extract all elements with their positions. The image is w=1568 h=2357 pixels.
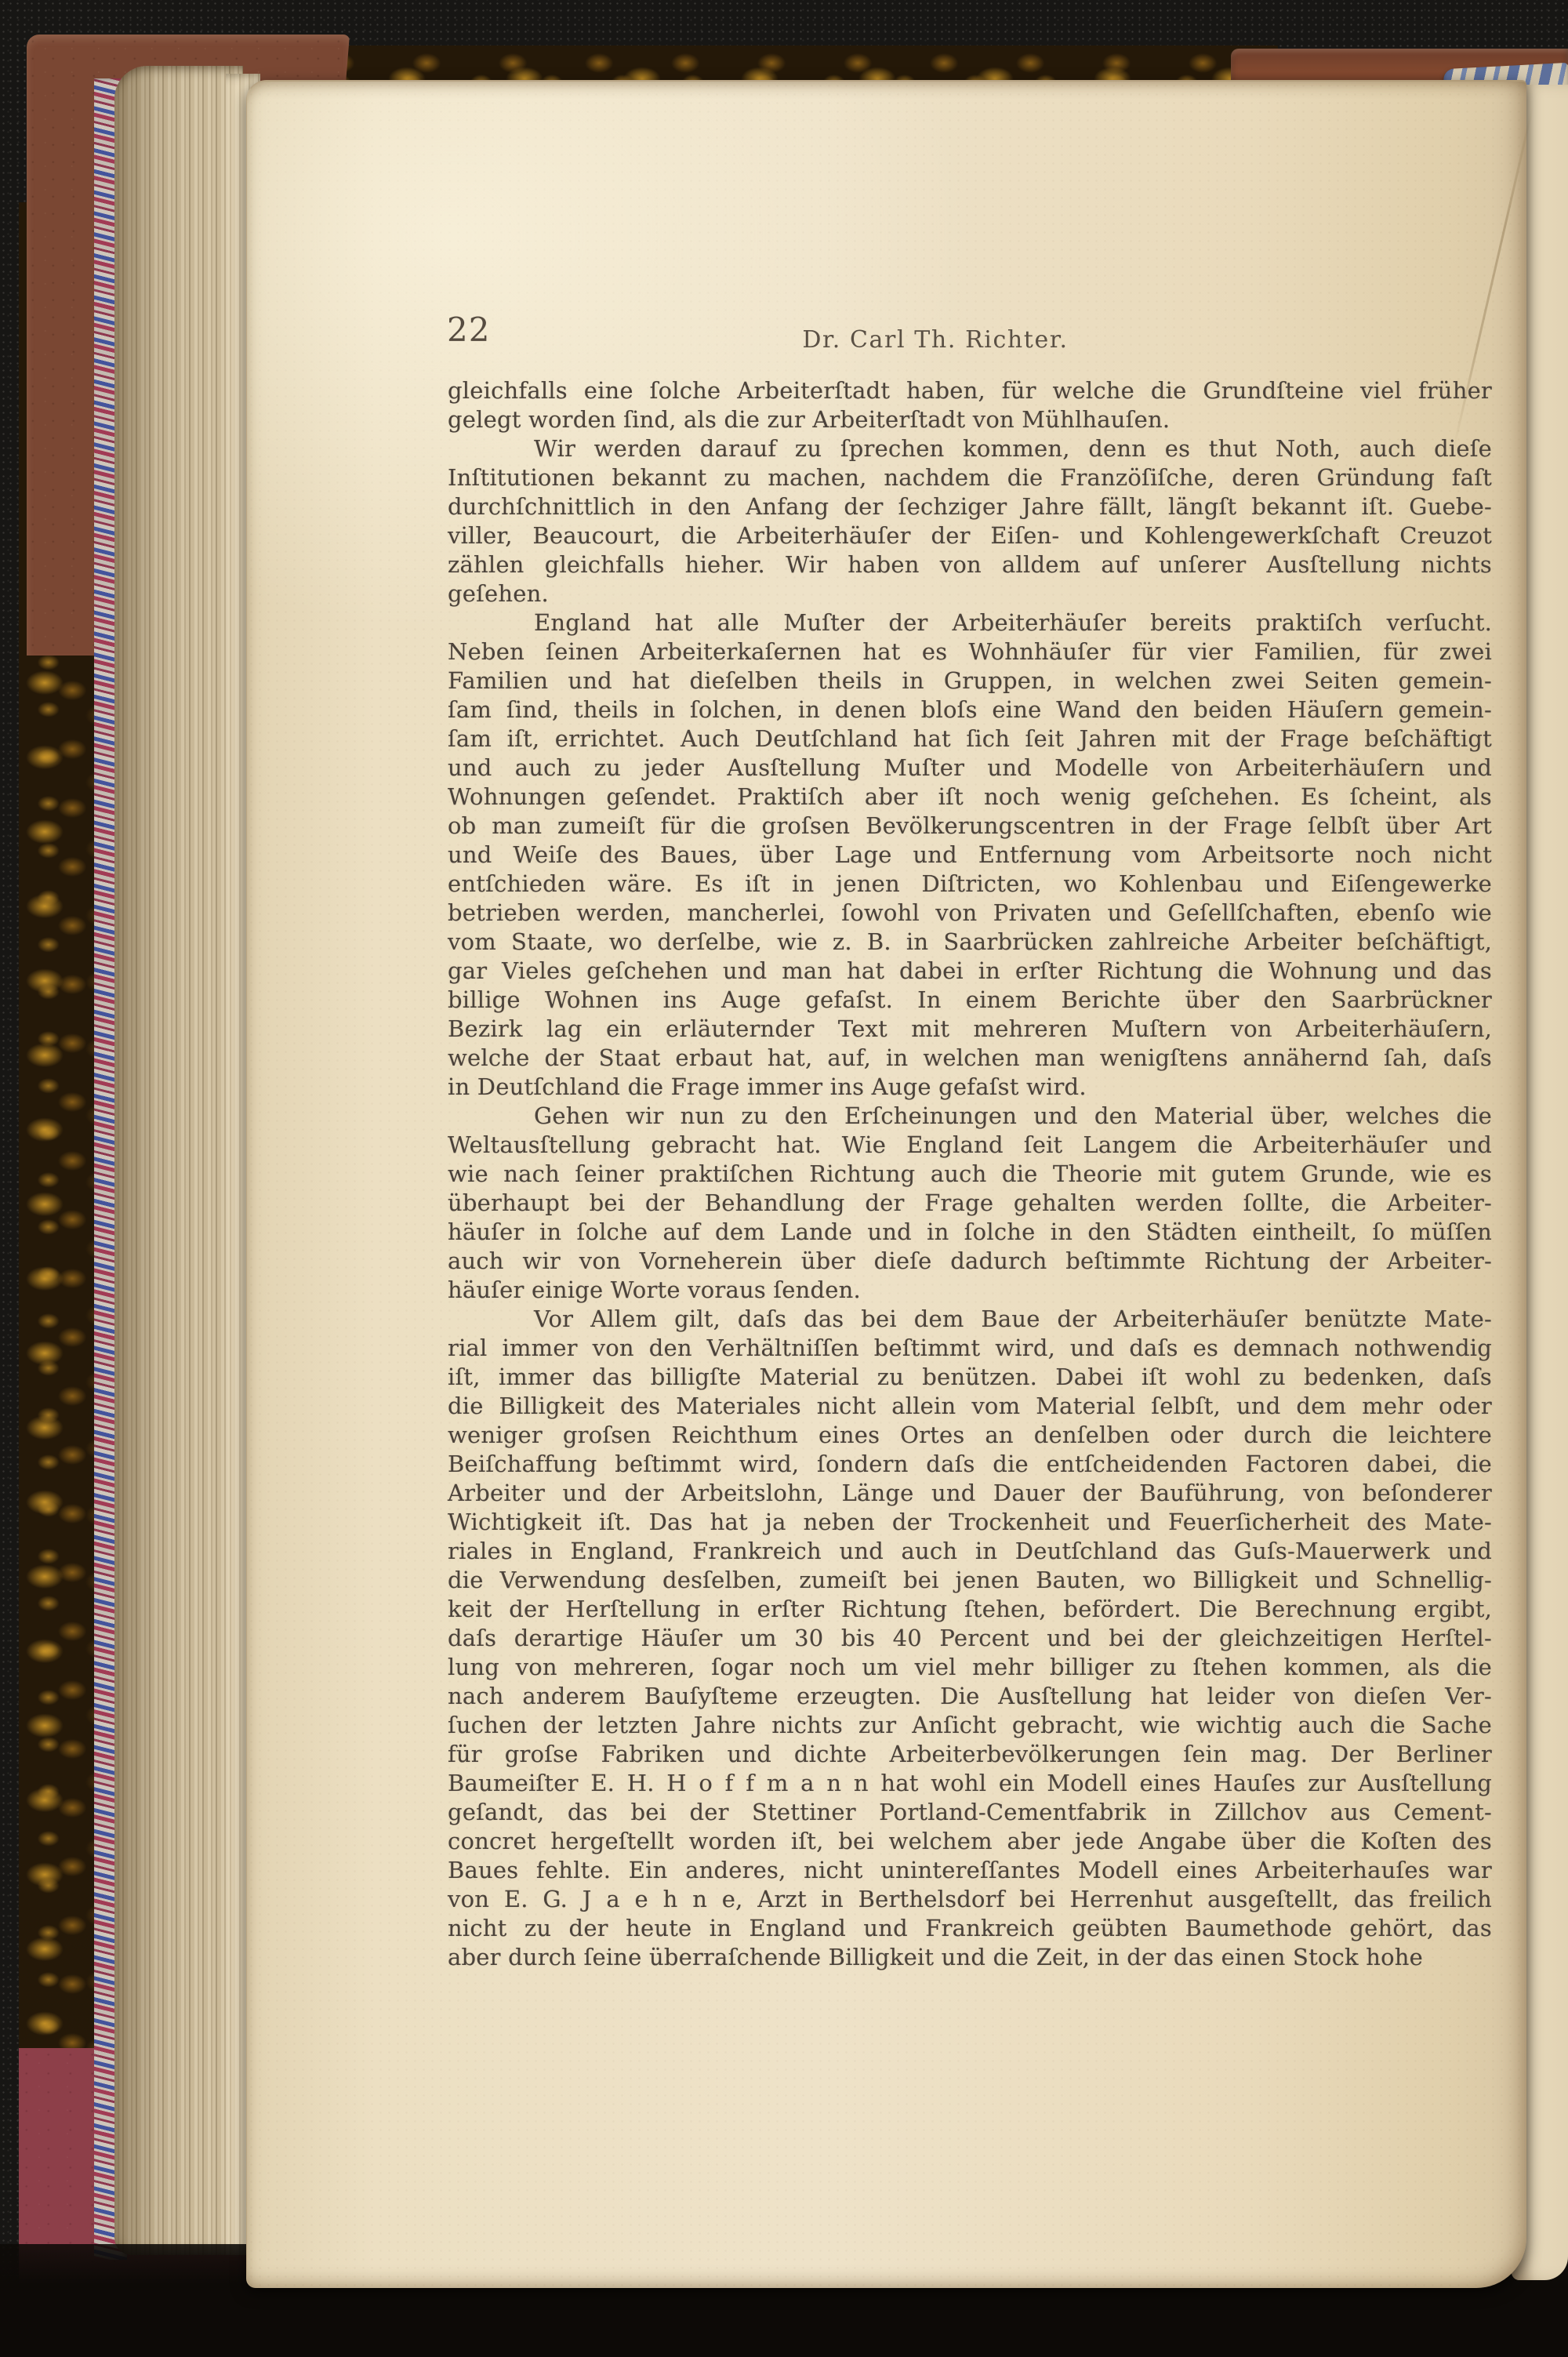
text-line: überhaupt bei der Behandlung der Frage g…: [448, 1189, 1492, 1218]
text-line: welche der Staat erbaut hat, auf, in wel…: [448, 1044, 1492, 1073]
running-head: Dr. Carl Th. Richter.: [802, 326, 1068, 354]
text-line: aber durch ſeine überraſchende Billigkei…: [448, 1943, 1492, 1972]
text-line: Inſtitutionen bekannt zu machen, nachdem…: [448, 463, 1492, 492]
page-stack-fore-edge: [114, 66, 243, 2255]
text-line: Weltausſtellung gebracht hat. Wie Englan…: [448, 1131, 1492, 1160]
text-line: wie nach ſeiner praktiſchen Richtung auc…: [448, 1160, 1492, 1189]
book-page: 22 Dr. Carl Th. Richter. gleichfalls ein…: [246, 80, 1526, 2288]
text-line: rial immer von den Verhältniſſen beſtimm…: [448, 1334, 1492, 1363]
text-line: Vor Allem gilt, daſs das bei dem Baue de…: [448, 1305, 1492, 1334]
page-crease-mark: [1453, 106, 1534, 449]
text-line: betrieben werden, mancherlei, ſowohl von…: [448, 899, 1492, 928]
body-text: gleichfalls eine ſolche Arbeiterſtadt ha…: [448, 376, 1492, 1972]
text-line: keit der Herſtellung in erſter Richtung …: [448, 1595, 1492, 1624]
text-line: Beiſchaffung beſtimmt wird, ſondern daſs…: [448, 1450, 1492, 1479]
page-number: 22: [447, 311, 490, 349]
text-line: Bezirk lag ein erläuternder Text mit meh…: [448, 1015, 1492, 1044]
text-line: für groſse Fabriken und dichte Arbeiterb…: [448, 1740, 1492, 1769]
text-line: ſam ſind, theils in ſolchen, in denen bl…: [448, 695, 1492, 725]
text-line: häuſer in ſolche auf dem Lande und in ſo…: [448, 1218, 1492, 1247]
text-line: Wohnungen geſendet. Praktiſch aber iſt n…: [448, 783, 1492, 812]
text-line: gleichfalls eine ſolche Arbeiterſtadt ha…: [448, 376, 1492, 405]
text-line: daſs derartige Häuſer um 30 bis 40 Perce…: [448, 1624, 1492, 1653]
text-line: Baues fehlte. Ein anderes, nicht uninter…: [448, 1856, 1492, 1885]
text-line: nicht zu der heute in England und Frankr…: [448, 1914, 1492, 1943]
text-line: häuſer einige Worte voraus ſenden.: [448, 1276, 1492, 1305]
text-line: Wir werden darauf zu ſprechen kommen, de…: [448, 434, 1492, 463]
text-line: in Deutſchland die Frage immer ins Auge …: [448, 1073, 1492, 1102]
text-line: die Billigkeit des Materiales nicht alle…: [448, 1392, 1492, 1421]
text-line: gar Vieles geſchehen und man hat dabei i…: [448, 957, 1492, 986]
text-line: Gehen wir nun zu den Erſcheinungen und d…: [448, 1102, 1492, 1131]
text-line: und Weiſe des Baues, über Lage und Entfe…: [448, 841, 1492, 870]
text-line: durchſchnittlich in den Anfang der ſechz…: [448, 492, 1492, 521]
text-line: die Verwendung desſelben, zumeiſt bei je…: [448, 1566, 1492, 1595]
text-line: geſehen.: [448, 579, 1492, 608]
text-line: riales in England, Frankreich und auch i…: [448, 1537, 1492, 1566]
text-line: England hat alle Muſter der Arbeiterhäuſ…: [448, 608, 1492, 637]
text-line: auch wir von Vorneherein über dieſe dadu…: [448, 1247, 1492, 1276]
text-line: ſam iſt, errichtet. Auch Deutſchland hat…: [448, 725, 1492, 754]
text-line: lung von mehreren, ſogar noch um viel me…: [448, 1653, 1492, 1682]
text-line: und auch zu jeder Ausſtellung Muſter und…: [448, 754, 1492, 783]
text-line: Neben ſeinen Arbeiterkaſernen hat es Woh…: [448, 637, 1492, 666]
text-line: Arbeiter und der Arbeitslohn, Länge und …: [448, 1479, 1492, 1508]
text-line: entſchieden wäre. Es iſt in jenen Diſtri…: [448, 870, 1492, 899]
text-line: iſt, immer das billigſte Material zu ben…: [448, 1363, 1492, 1392]
text-line: billige Wohnen ins Auge gefaſst. In eine…: [448, 986, 1492, 1015]
text-line: zählen gleichfalls hieher. Wir haben von…: [448, 550, 1492, 579]
text-line: nach anderem Bauſyſteme erzeugten. Die A…: [448, 1682, 1492, 1711]
text-line: geſandt, das bei der Stettiner Portland-…: [448, 1798, 1492, 1827]
text-line: Familien und hat dieſelben theils in Gru…: [448, 666, 1492, 695]
text-line: weniger groſsen Reichthum eines Ortes an…: [448, 1421, 1492, 1450]
text-line: viller, Beaucourt, die Arbeiterhäuſer de…: [448, 521, 1492, 550]
text-line: gelegt worden ſind, als die zur Arbeiter…: [448, 405, 1492, 434]
text-line: ob man zumeiſt für die groſsen Bevölkeru…: [448, 812, 1492, 841]
text-line: Wichtigkeit iſt. Das hat ja neben der Tr…: [448, 1508, 1492, 1537]
text-line: vom Staate, wo derſelbe, wie z. B. in Sa…: [448, 928, 1492, 957]
text-line: von E. G. J a e h n e, Arzt in Berthelsd…: [448, 1885, 1492, 1914]
scanned-book-photo: 22 Dr. Carl Th. Richter. gleichfalls ein…: [0, 0, 1568, 2357]
text-line: Baumeiſter E. H. H o f f m a n n hat woh…: [448, 1769, 1492, 1798]
text-line: ſuchen der letzten Jahre nichts zur Anſi…: [448, 1711, 1492, 1740]
text-line: concret hergeſtellt worden iſt, bei welc…: [448, 1827, 1492, 1856]
